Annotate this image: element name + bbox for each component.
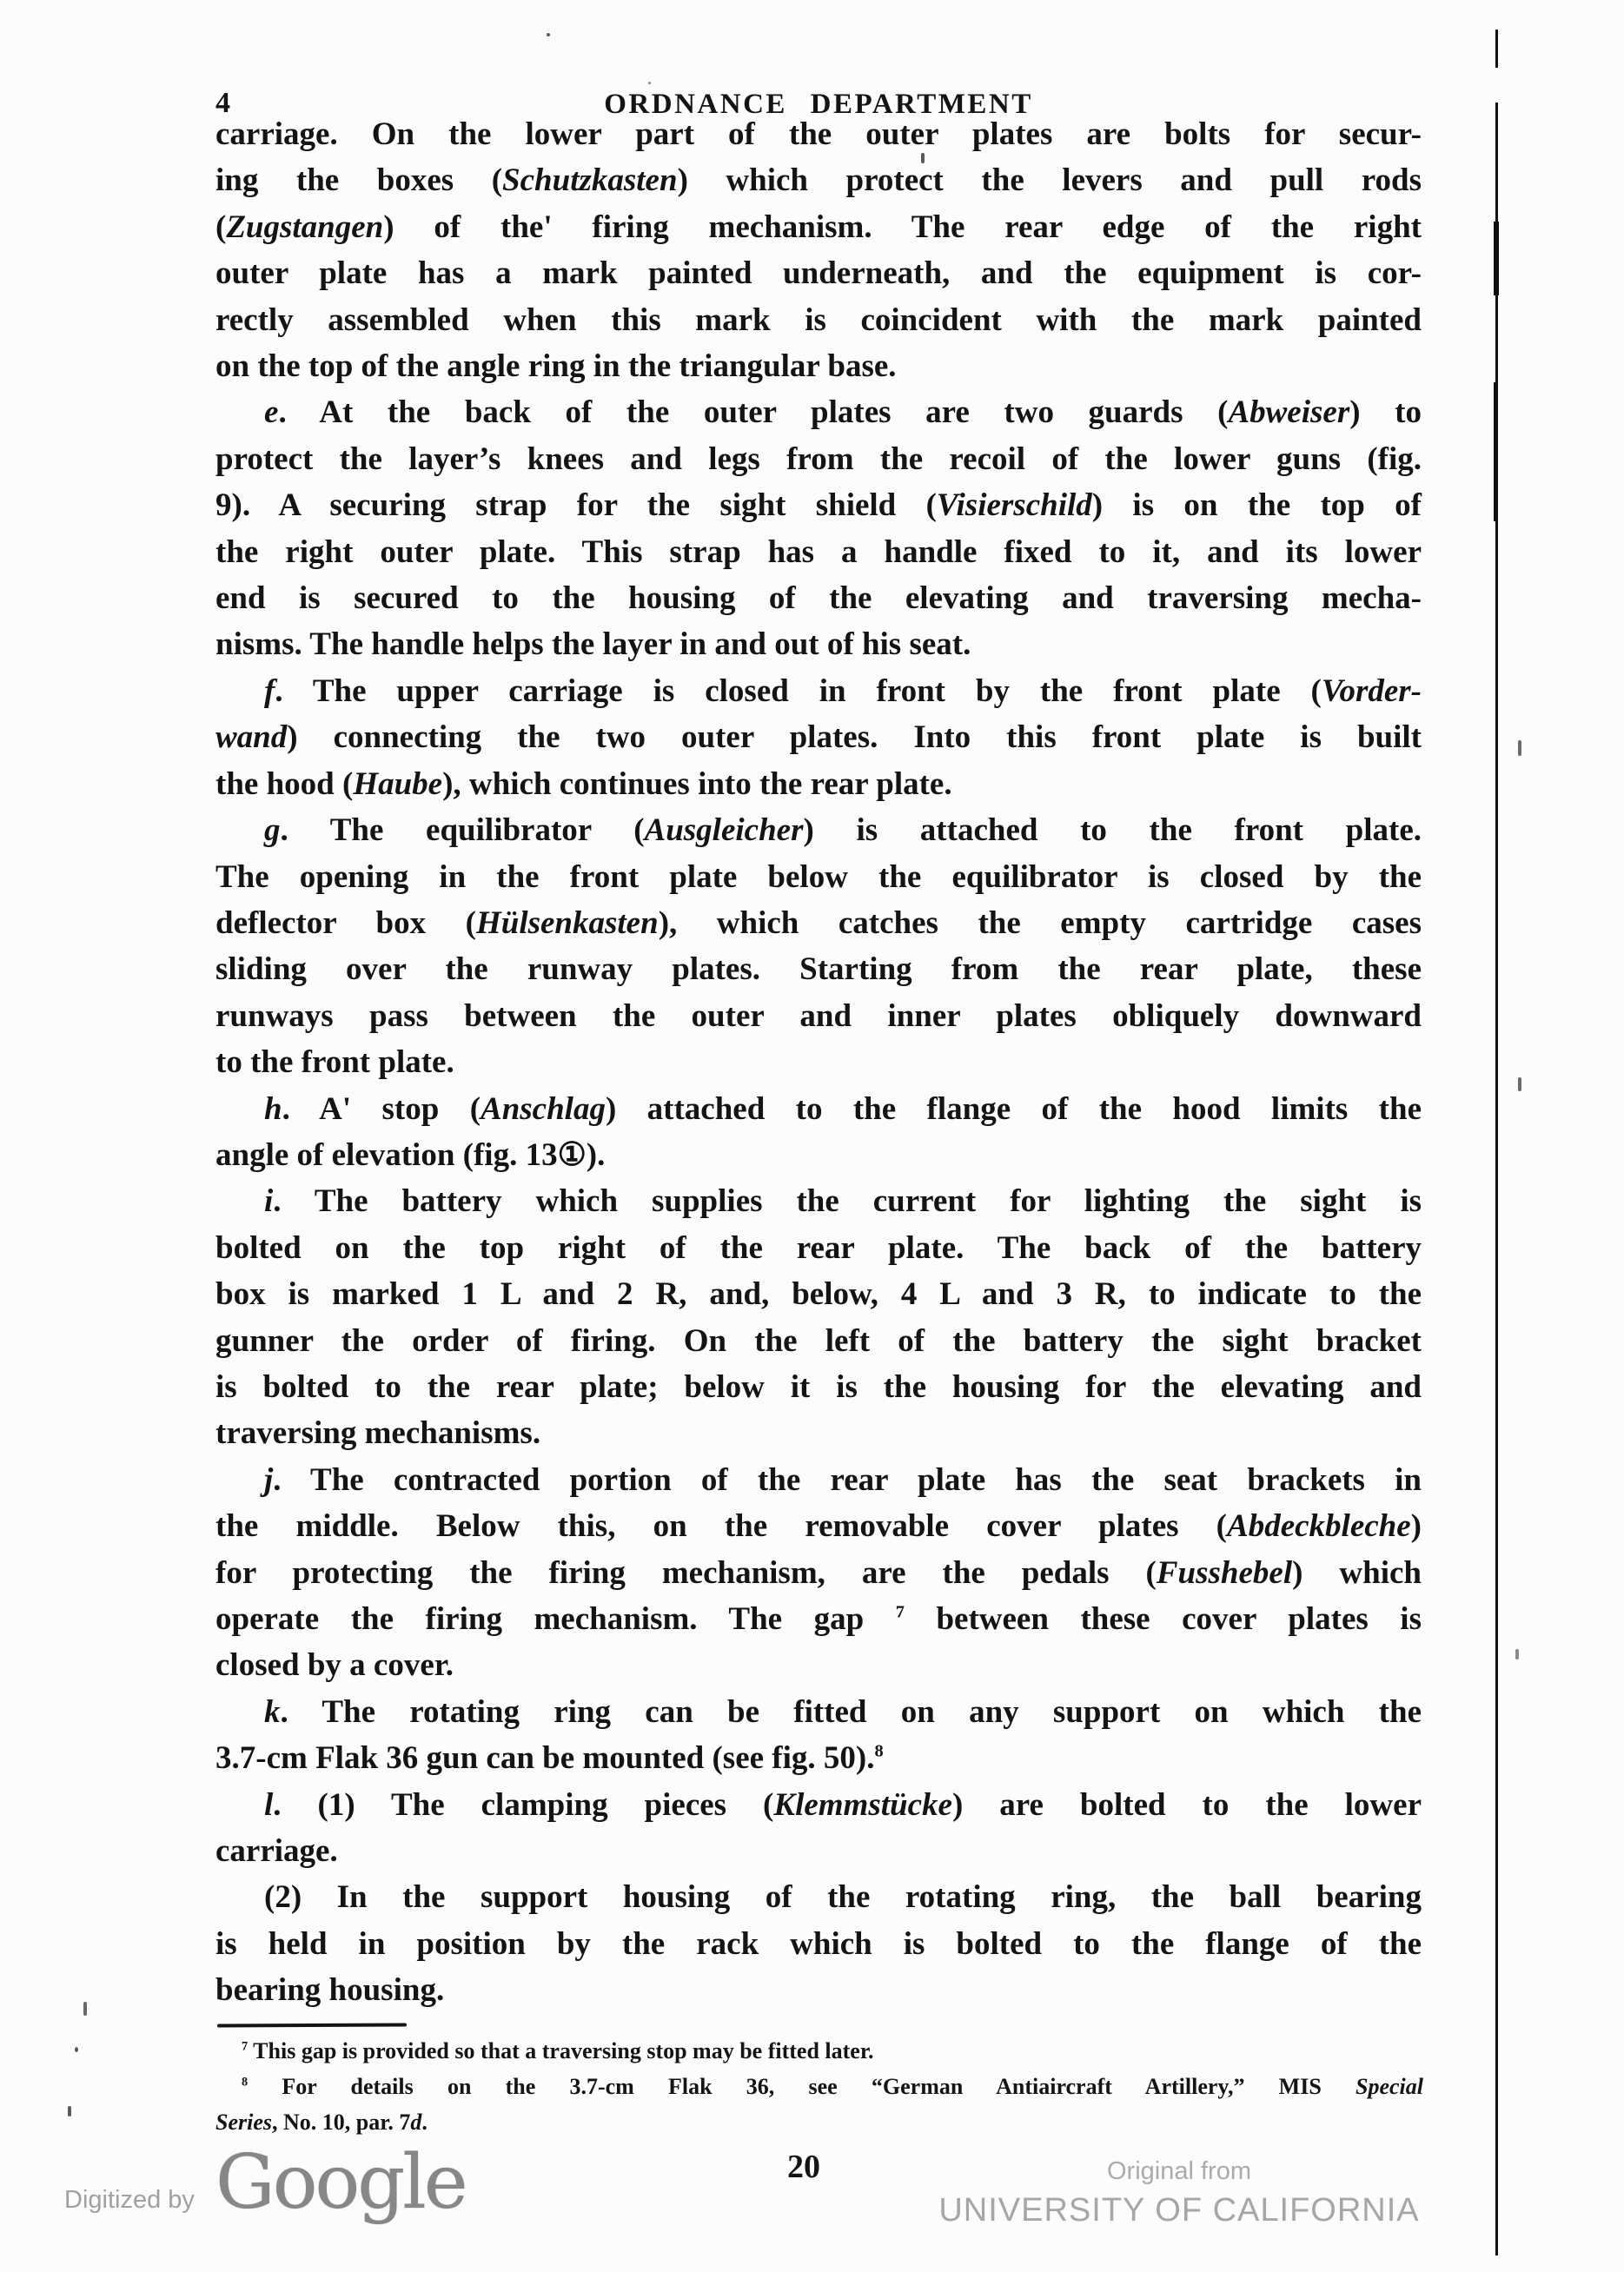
footnote-line: 8 For details on the 3.7-cm Flak 36, see…	[215, 2069, 1423, 2104]
text-line: g. The equilibrator (Ausgleicher) is att…	[215, 807, 1422, 853]
paragraph-h: h. A' stop (Anschlag) attached to the fl…	[215, 1086, 1422, 1179]
footnote-line: Series, No. 10, par. 7d.	[215, 2104, 1423, 2140]
text-line: box is marked 1 L and 2 R, and, below, 4…	[215, 1271, 1422, 1317]
text-line: protect the layer’s knees and legs from …	[215, 436, 1422, 482]
text-line: The opening in the front plate below the…	[215, 854, 1422, 900]
text-line: wand) connecting the two outer plates. I…	[215, 714, 1422, 760]
text-line: end is secured to the housing of the ele…	[215, 575, 1422, 621]
text-line: j. The contracted portion of the rear pl…	[215, 1457, 1422, 1503]
scan-artifact-speck	[1515, 1649, 1519, 1659]
text-line: f. The upper carriage is closed in front…	[215, 668, 1422, 714]
text-line: bearing housing.	[215, 1967, 1422, 2013]
text-line: operate the firing mechanism. The gap 7 …	[215, 1596, 1422, 1642]
paragraph-j: j. The contracted portion of the rear pl…	[215, 1457, 1422, 1689]
scan-artifact-speck	[68, 2106, 71, 2116]
text-line: on the top of the angle ring in the tria…	[215, 343, 1422, 389]
text-line: k. The rotating ring can be fitted on an…	[215, 1689, 1422, 1735]
text-line: 3.7-cm Flak 36 gun can be mounted (see f…	[215, 1735, 1422, 1781]
scan-edge-line-blob	[1494, 382, 1498, 521]
text-line: rectly assembled when this mark is coinc…	[215, 297, 1422, 343]
text-line: closed by a cover.	[215, 1642, 1422, 1688]
google-logo: Google	[215, 2139, 466, 2226]
text-line: 9). A securing strap for the sight shiel…	[215, 482, 1422, 528]
footnotes-block: 7 This gap is provided so that a travers…	[215, 2033, 1423, 2140]
text-line: h. A' stop (Anschlag) attached to the fl…	[215, 1086, 1422, 1132]
scan-edge-line-blob	[1494, 222, 1499, 295]
text-line: e. At the back of the outer plates are t…	[215, 389, 1422, 435]
text-line: carriage.	[215, 1828, 1422, 1874]
scan-artifact-speck	[921, 153, 925, 163]
digitized-by-watermark: Digitized by	[64, 2186, 195, 2215]
paragraph-f: f. The upper carriage is closed in front…	[215, 668, 1422, 807]
paragraph-k: k. The rotating ring can be fitted on an…	[215, 1689, 1422, 1782]
paragraph-l: l. (1) The clamping pieces (Klemmstücke)…	[215, 1782, 1422, 1875]
scanned-book-page: 4 ORDNANCE DEPARTMENT carriage. On the l…	[0, 0, 1624, 2272]
text-line: runways pass between the outer and inner…	[215, 993, 1422, 1039]
text-line: to the front plate.	[215, 1039, 1422, 1085]
text-line: outer plate has a mark painted underneat…	[215, 250, 1422, 296]
footnote-line: 7 This gap is provided so that a travers…	[215, 2033, 1423, 2069]
text-line: the middle. Below this, on the removable…	[215, 1503, 1422, 1549]
page-number-bottom: 20	[743, 2148, 865, 2186]
footnote-separator-rule	[217, 2023, 407, 2027]
scan-artifact-speck	[648, 82, 651, 84]
text-line: angle of elevation (fig. 13①).	[215, 1132, 1422, 1178]
paragraph-i: i. The battery which supplies the curren…	[215, 1178, 1422, 1456]
paragraph-carriage-continuation: carriage. On the lower part of the outer…	[215, 111, 1422, 389]
text-line: deflector box (Hülsenkasten), which catc…	[215, 900, 1422, 946]
text-line: nisms. The handle helps the layer in and…	[215, 621, 1422, 667]
scan-artifact-speck	[1518, 1077, 1521, 1091]
paragraph-e: e. At the back of the outer plates are t…	[215, 389, 1422, 667]
paragraph-g: g. The equilibrator (Ausgleicher) is att…	[215, 807, 1422, 1085]
text-line: for protecting the firing mechanism, are…	[215, 1550, 1422, 1596]
text-line: bolted on the top right of the rear plat…	[215, 1225, 1422, 1271]
institution-watermark: UNIVERSITY OF CALIFORNIA	[884, 2192, 1475, 2229]
text-line: the right outer plate. This strap has a …	[215, 529, 1422, 575]
paragraph-l2: (2) In the support housing of the rotati…	[215, 1874, 1422, 2013]
text-line: traversing mechanisms.	[215, 1410, 1422, 1456]
original-from-watermark: Original from	[1005, 2157, 1353, 2186]
text-line: ing the boxes (Schutzkasten) which prote…	[215, 157, 1422, 203]
scan-artifact-speck	[547, 33, 550, 36]
text-line: l. (1) The clamping pieces (Klemmstücke)…	[215, 1782, 1422, 1828]
text-line: (Zugstangen) of the' firing mechanism. T…	[215, 204, 1422, 250]
scan-edge-line-tick	[1495, 30, 1498, 68]
text-line: the hood (Haube), which continues into t…	[215, 761, 1422, 807]
scan-artifact-speck	[1518, 740, 1521, 756]
text-line: sliding over the runway plates. Starting…	[215, 946, 1422, 992]
text-line: (2) In the support housing of the rotati…	[215, 1874, 1422, 1920]
text-line: i. The battery which supplies the curren…	[215, 1178, 1422, 1224]
text-line: gunner the order of firing. On the left …	[215, 1318, 1422, 1364]
text-line: is held in position by the rack which is…	[215, 1921, 1422, 1967]
scan-artifact-speck	[75, 2047, 78, 2052]
text-line: carriage. On the lower part of the outer…	[215, 111, 1422, 157]
body-text-column: carriage. On the lower part of the outer…	[215, 111, 1422, 2014]
scan-artifact-speck	[83, 2002, 87, 2016]
text-line: is bolted to the rear plate; below it is…	[215, 1364, 1422, 1410]
